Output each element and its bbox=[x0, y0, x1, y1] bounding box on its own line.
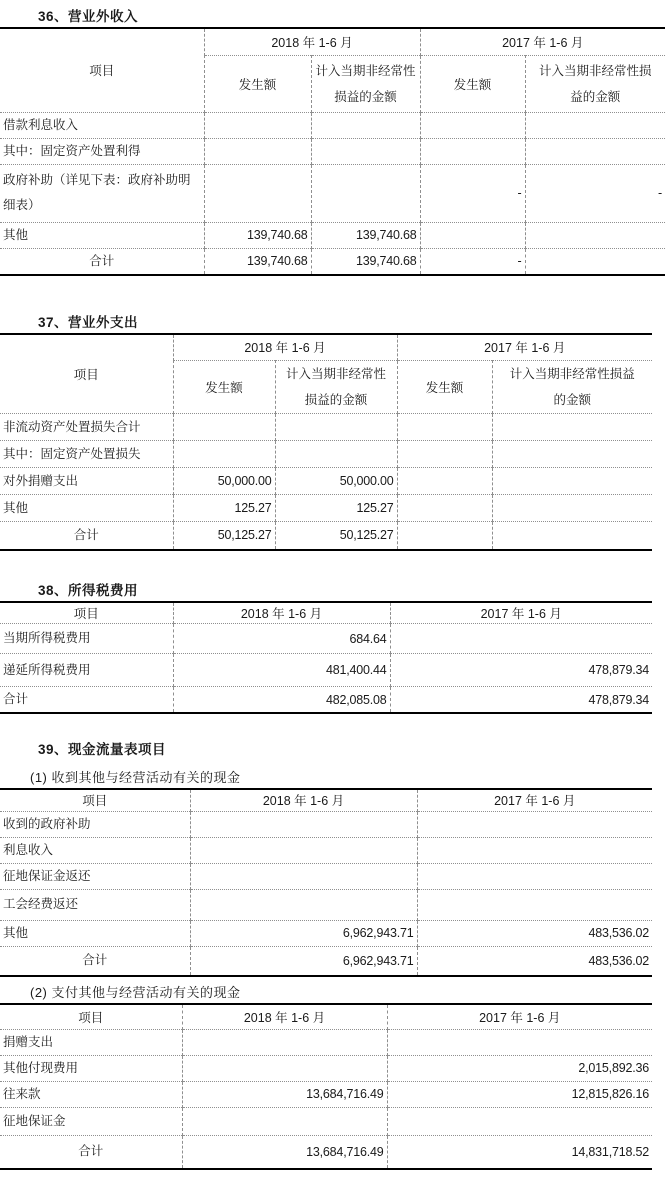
value-cell: 478,879.34 bbox=[390, 654, 652, 687]
value-cell bbox=[397, 414, 492, 441]
table-row: 其他 139,740.68 139,740.68 bbox=[0, 222, 665, 248]
value-cell bbox=[417, 811, 652, 837]
value-cell bbox=[397, 468, 492, 495]
table-38-income-tax-expense: 项目 2018 年 1-6 月 2017 年 1-6 月 当期所得税费用 684… bbox=[0, 601, 652, 715]
item-cell: 其他 bbox=[0, 920, 190, 946]
column-header-2017: 2017 年 1-6 月 bbox=[417, 789, 652, 811]
table-36-non-operating-income: 项目 2018 年 1-6 月 2017 年 1-6 月 发生额 计入当期非经常… bbox=[0, 27, 665, 276]
item-cell: 对外捐赠支出 bbox=[0, 468, 173, 495]
value-cell bbox=[417, 837, 652, 863]
column-header-2018: 2018 年 1-6 月 bbox=[173, 602, 390, 624]
value-cell bbox=[182, 1029, 387, 1055]
value-cell bbox=[311, 164, 420, 222]
table-row: 非流动资产处置损失合计 bbox=[0, 414, 652, 441]
value-cell: 14,831,718.52 bbox=[387, 1135, 652, 1169]
item-cell: 非流动资产处置损失合计 bbox=[0, 414, 173, 441]
value-cell bbox=[182, 1055, 387, 1081]
item-cell: 工会经费返还 bbox=[0, 889, 190, 920]
column-header-amount-2018: 发生额 bbox=[204, 55, 311, 112]
value-cell bbox=[420, 138, 525, 164]
section-37-title: 37、营业外支出 bbox=[38, 313, 671, 333]
value-cell: - bbox=[420, 248, 525, 275]
value-cell: 125.27 bbox=[275, 495, 397, 522]
header-line-2: 损益的金额 bbox=[279, 387, 394, 413]
item-cell: 收到的政府补助 bbox=[0, 811, 190, 837]
item-cell: 合计 bbox=[0, 1135, 182, 1169]
total-row: 合计 482,085.08 478,879.34 bbox=[0, 687, 652, 714]
section-36-title: 36、营业外收入 bbox=[38, 7, 671, 27]
value-cell bbox=[420, 222, 525, 248]
section-38-title: 38、所得税费用 bbox=[38, 581, 671, 601]
value-cell bbox=[190, 863, 417, 889]
table-row: 其他 125.27 125.27 bbox=[0, 495, 652, 522]
column-header-2018: 2018 年 1-6 月 bbox=[173, 334, 397, 361]
table-row: 其中：固定资产处置损失 bbox=[0, 441, 652, 468]
table-row: 对外捐赠支出 50,000.00 50,000.00 bbox=[0, 468, 652, 495]
value-cell bbox=[492, 495, 652, 522]
value-cell bbox=[204, 138, 311, 164]
column-header-2017: 2017 年 1-6 月 bbox=[397, 334, 652, 361]
value-cell: 13,684,716.49 bbox=[182, 1135, 387, 1169]
value-cell bbox=[492, 522, 652, 550]
item-cell: 往来款 bbox=[0, 1081, 182, 1107]
value-cell: 481,400.44 bbox=[173, 654, 390, 687]
column-header-nonrecurring-2018: 计入当期非经常性 损益的金额 bbox=[311, 55, 420, 112]
table-row: 往来款 13,684,716.49 12,815,826.16 bbox=[0, 1081, 652, 1107]
value-cell bbox=[311, 138, 420, 164]
section-39-title: 39、现金流量表项目 bbox=[38, 740, 671, 760]
item-cell: 其中：固定资产处置利得 bbox=[0, 138, 204, 164]
item-cell: 合计 bbox=[0, 522, 173, 550]
value-cell bbox=[204, 164, 311, 222]
value-cell bbox=[190, 837, 417, 863]
table-row: 征地保证金返还 bbox=[0, 863, 652, 889]
value-cell: 139,740.68 bbox=[311, 248, 420, 275]
item-cell: 合计 bbox=[0, 248, 204, 275]
table-39-2-other-cash-paid: 项目 2018 年 1-6 月 2017 年 1-6 月 捐赠支出 其他付现费用… bbox=[0, 1003, 652, 1170]
total-row: 合计 139,740.68 139,740.68 - bbox=[0, 248, 665, 275]
value-cell: 483,536.02 bbox=[417, 946, 652, 976]
column-header-2017: 2017 年 1-6 月 bbox=[387, 1004, 652, 1029]
value-cell: 483,536.02 bbox=[417, 920, 652, 946]
value-cell bbox=[275, 414, 397, 441]
table-row: 当期所得税费用 684.64 bbox=[0, 624, 652, 654]
item-cell: 征地保证金返还 bbox=[0, 863, 190, 889]
column-header-item: 项目 bbox=[0, 602, 173, 624]
value-cell bbox=[275, 441, 397, 468]
column-header-item: 项目 bbox=[0, 28, 204, 112]
table-row: 借款利息收入 bbox=[0, 112, 665, 138]
total-row: 合计 6,962,943.71 483,536.02 bbox=[0, 946, 652, 976]
value-cell bbox=[492, 468, 652, 495]
item-cell: 合计 bbox=[0, 946, 190, 976]
value-cell bbox=[387, 1107, 652, 1135]
column-header-2018: 2018 年 1-6 月 bbox=[204, 28, 420, 55]
value-cell bbox=[525, 222, 665, 248]
table-row: 收到的政府补助 bbox=[0, 811, 652, 837]
header-line-2: 益的金额 bbox=[529, 84, 663, 110]
table-row: 递延所得税费用 481,400.44 478,879.34 bbox=[0, 654, 652, 687]
header-line-2: 损益的金额 bbox=[315, 84, 417, 110]
value-cell: 478,879.34 bbox=[390, 687, 652, 714]
value-cell bbox=[525, 112, 665, 138]
section-39-1-subtitle: (1) 收到其他与经营活动有关的现金 bbox=[30, 768, 671, 788]
value-cell: 125.27 bbox=[173, 495, 275, 522]
item-cell: 其他付现费用 bbox=[0, 1055, 182, 1081]
value-cell bbox=[173, 414, 275, 441]
value-cell: 139,740.68 bbox=[204, 248, 311, 275]
column-header-nonrecurring-2017: 计入当期非经常性损 益的金额 bbox=[525, 55, 665, 112]
value-cell bbox=[525, 138, 665, 164]
item-cell: 捐赠支出 bbox=[0, 1029, 182, 1055]
value-cell: 50,000.00 bbox=[173, 468, 275, 495]
column-header-amount-2018: 发生额 bbox=[173, 361, 275, 414]
value-cell: 2,015,892.36 bbox=[387, 1055, 652, 1081]
value-cell: 12,815,826.16 bbox=[387, 1081, 652, 1107]
value-cell bbox=[417, 863, 652, 889]
total-row: 合计 13,684,716.49 14,831,718.52 bbox=[0, 1135, 652, 1169]
item-cell: 其中：固定资产处置损失 bbox=[0, 441, 173, 468]
value-cell bbox=[397, 522, 492, 550]
column-header-nonrecurring-2018: 计入当期非经常性 损益的金额 bbox=[275, 361, 397, 414]
item-cell: 递延所得税费用 bbox=[0, 654, 173, 687]
value-cell bbox=[397, 495, 492, 522]
column-header-amount-2017: 发生额 bbox=[397, 361, 492, 414]
value-cell: - bbox=[525, 164, 665, 222]
value-cell bbox=[492, 441, 652, 468]
value-cell: - bbox=[420, 164, 525, 222]
value-cell bbox=[492, 414, 652, 441]
value-cell bbox=[182, 1107, 387, 1135]
item-cell: 政府补助（详见下表：政府补助明细表） bbox=[0, 164, 204, 222]
document-page: 36、营业外收入 项目 2018 年 1-6 月 2017 年 1-6 月 发生… bbox=[0, 7, 671, 1170]
value-cell bbox=[417, 889, 652, 920]
column-header-item: 项目 bbox=[0, 789, 190, 811]
table-row: 其他 6,962,943.71 483,536.02 bbox=[0, 920, 652, 946]
value-cell: 482,085.08 bbox=[173, 687, 390, 714]
table-row: 征地保证金 bbox=[0, 1107, 652, 1135]
column-header-2017: 2017 年 1-6 月 bbox=[420, 28, 665, 55]
column-header-2017: 2017 年 1-6 月 bbox=[390, 602, 652, 624]
value-cell bbox=[390, 624, 652, 654]
header-line-1: 计入当期非经常性损 bbox=[529, 58, 663, 84]
column-header-item: 项目 bbox=[0, 334, 173, 414]
column-header-amount-2017: 发生额 bbox=[420, 55, 525, 112]
value-cell: 50,125.27 bbox=[275, 522, 397, 550]
table-39-1-other-cash-received: 项目 2018 年 1-6 月 2017 年 1-6 月 收到的政府补助 利息收… bbox=[0, 788, 652, 977]
value-cell bbox=[387, 1029, 652, 1055]
table-row: 捐赠支出 bbox=[0, 1029, 652, 1055]
item-cell: 利息收入 bbox=[0, 837, 190, 863]
value-cell bbox=[204, 112, 311, 138]
value-cell bbox=[420, 112, 525, 138]
header-line-1: 计入当期非经常性 bbox=[315, 58, 417, 84]
item-cell: 其他 bbox=[0, 495, 173, 522]
header-line-2: 的金额 bbox=[496, 387, 650, 413]
value-cell bbox=[190, 889, 417, 920]
value-cell: 6,962,943.71 bbox=[190, 946, 417, 976]
value-cell: 13,684,716.49 bbox=[182, 1081, 387, 1107]
total-row: 合计 50,125.27 50,125.27 bbox=[0, 522, 652, 550]
column-header-item: 项目 bbox=[0, 1004, 182, 1029]
value-cell: 50,125.27 bbox=[173, 522, 275, 550]
table-row: 政府补助（详见下表：政府补助明细表） - - bbox=[0, 164, 665, 222]
item-cell: 征地保证金 bbox=[0, 1107, 182, 1135]
item-cell: 当期所得税费用 bbox=[0, 624, 173, 654]
section-39-2-subtitle: (2) 支付其他与经营活动有关的现金 bbox=[30, 983, 671, 1003]
value-cell: 6,962,943.71 bbox=[190, 920, 417, 946]
value-cell bbox=[311, 112, 420, 138]
value-cell: 139,740.68 bbox=[311, 222, 420, 248]
table-37-non-operating-expenses: 项目 2018 年 1-6 月 2017 年 1-6 月 发生额 计入当期非经常… bbox=[0, 333, 652, 551]
item-cell: 其他 bbox=[0, 222, 204, 248]
value-cell: 139,740.68 bbox=[204, 222, 311, 248]
item-cell: 合计 bbox=[0, 687, 173, 714]
value-cell: 684.64 bbox=[173, 624, 390, 654]
item-cell: 借款利息收入 bbox=[0, 112, 204, 138]
value-cell bbox=[190, 811, 417, 837]
header-line-1: 计入当期非经常性损益 bbox=[496, 361, 650, 387]
table-row: 工会经费返还 bbox=[0, 889, 652, 920]
column-header-nonrecurring-2017: 计入当期非经常性损益 的金额 bbox=[492, 361, 652, 414]
table-row: 其中：固定资产处置利得 bbox=[0, 138, 665, 164]
table-row: 利息收入 bbox=[0, 837, 652, 863]
value-cell bbox=[173, 441, 275, 468]
value-cell: 50,000.00 bbox=[275, 468, 397, 495]
value-cell bbox=[525, 248, 665, 275]
table-row: 其他付现费用 2,015,892.36 bbox=[0, 1055, 652, 1081]
column-header-2018: 2018 年 1-6 月 bbox=[182, 1004, 387, 1029]
column-header-2018: 2018 年 1-6 月 bbox=[190, 789, 417, 811]
header-line-1: 计入当期非经常性 bbox=[279, 361, 394, 387]
value-cell bbox=[397, 441, 492, 468]
